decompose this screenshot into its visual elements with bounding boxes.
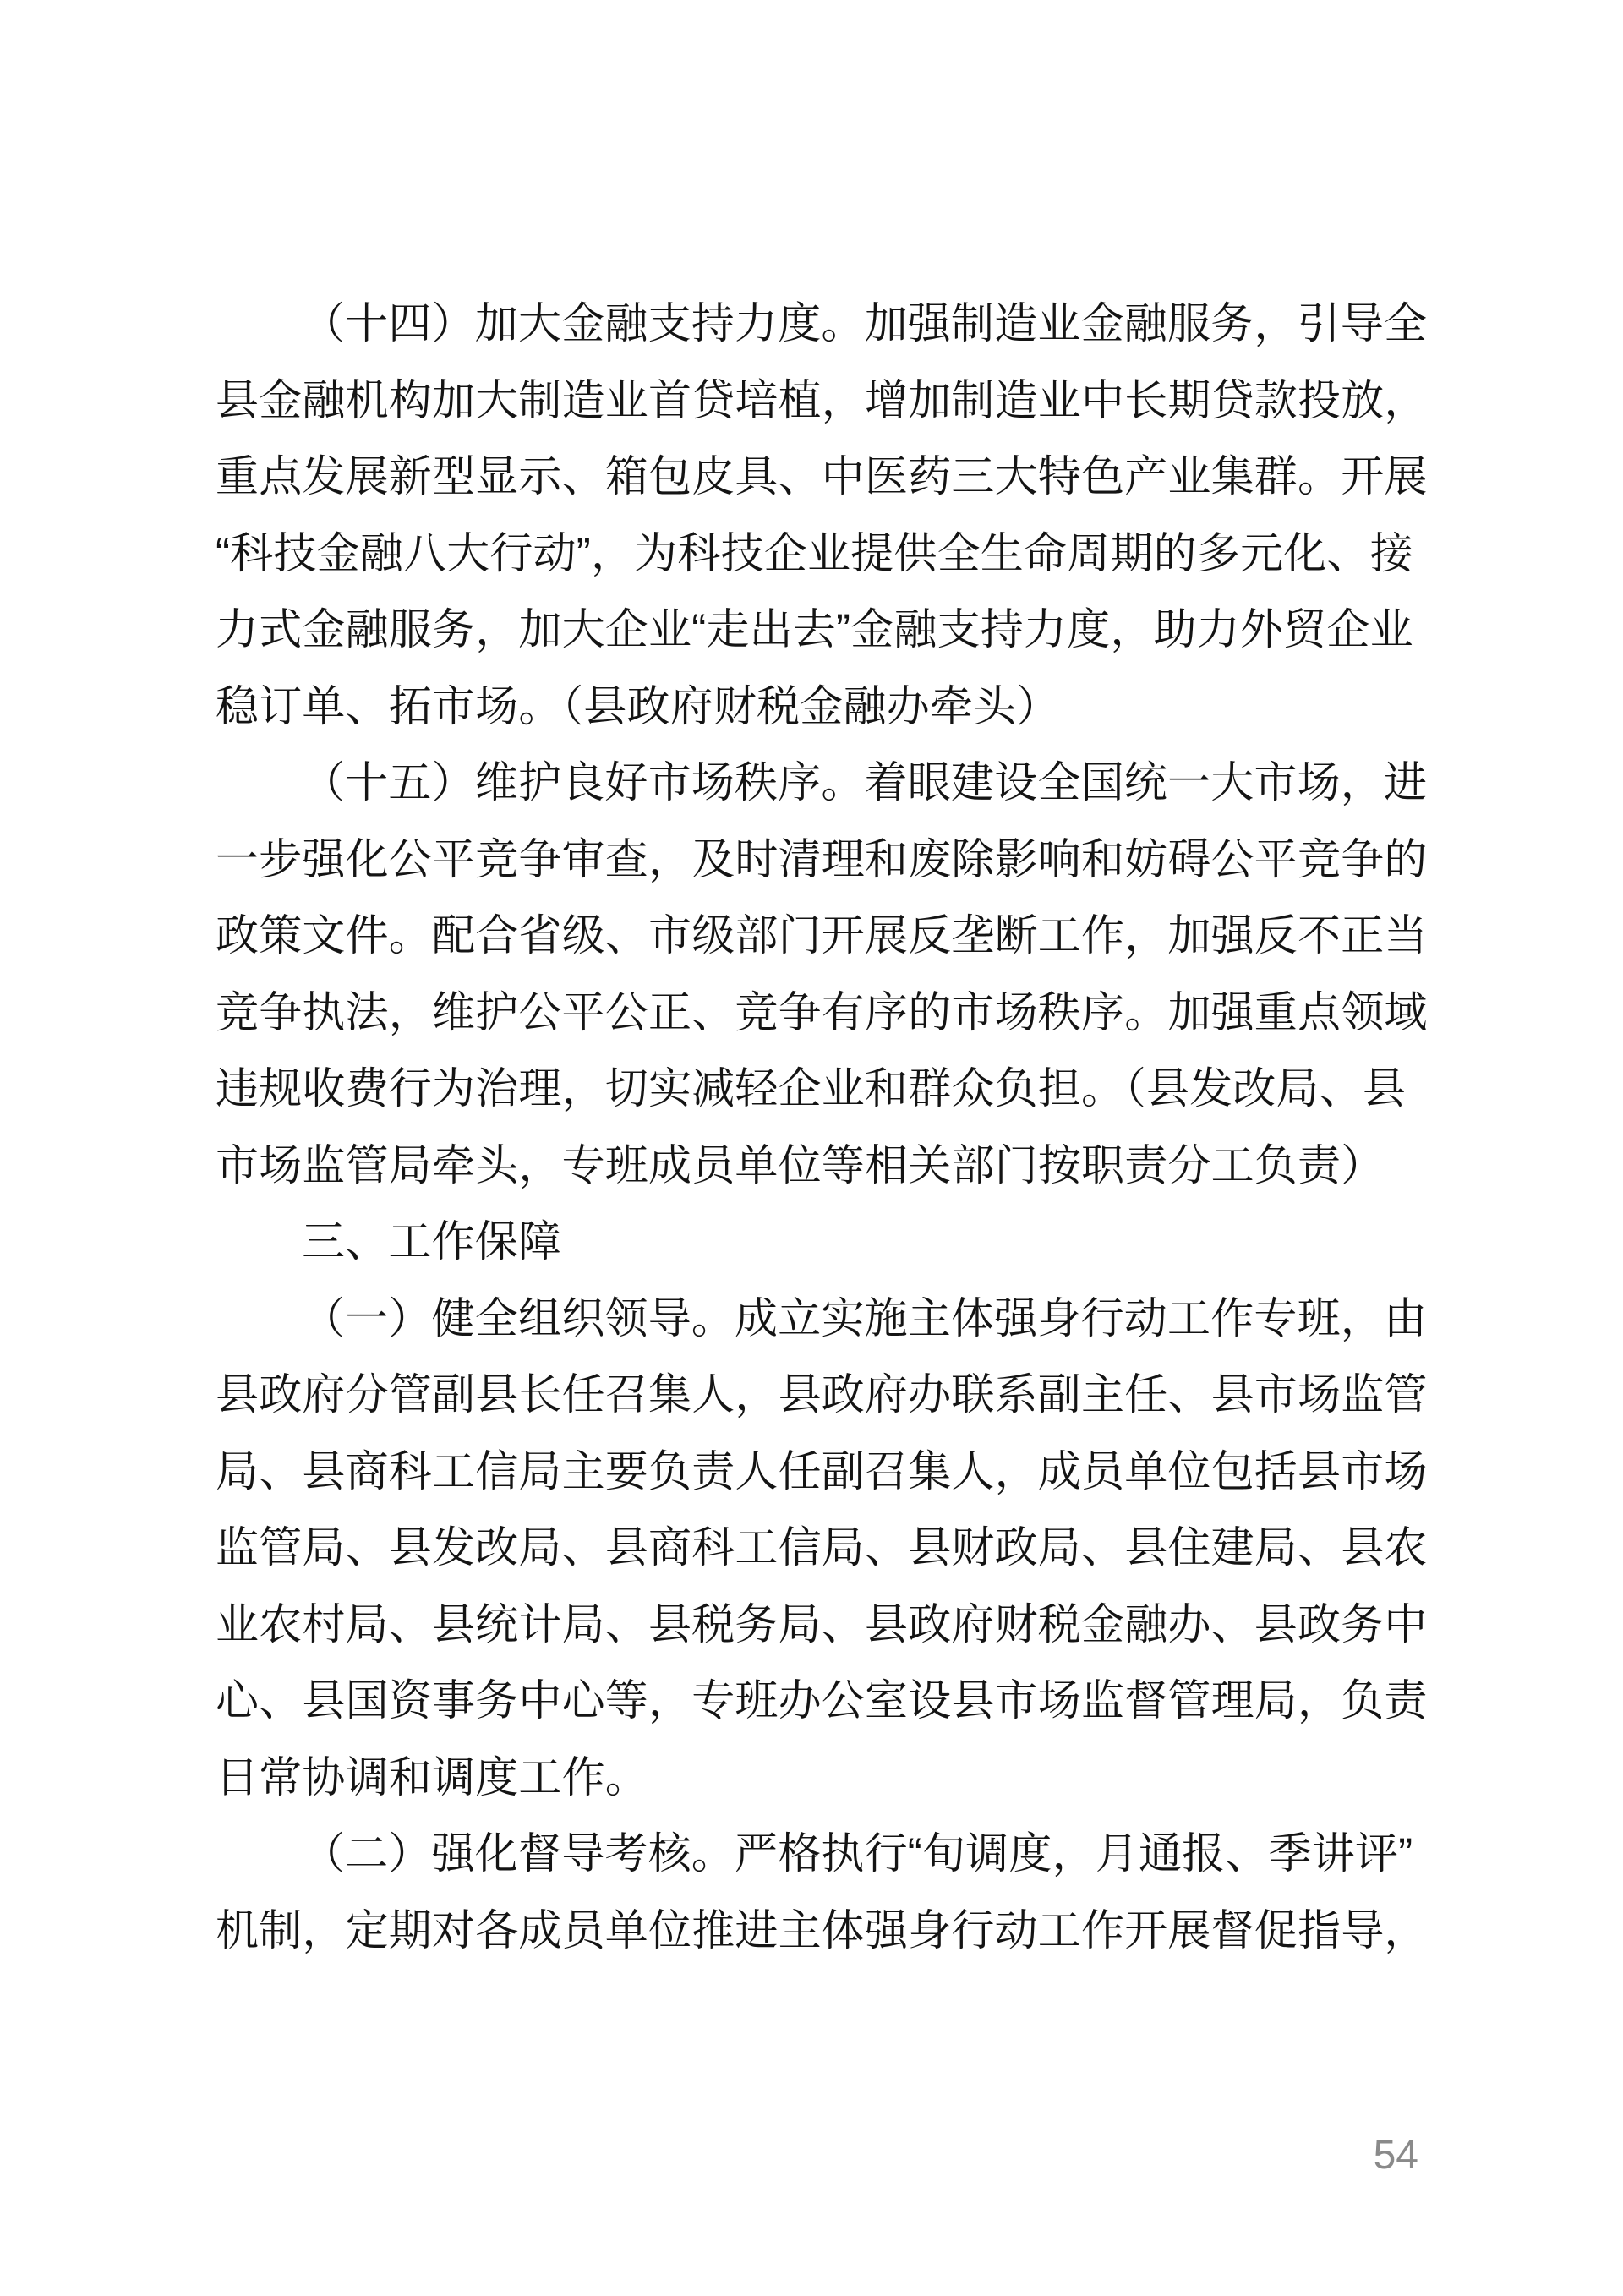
text-line: 心、县国资事务中心等，专班办公室设县市场监督管理局，负责 — [216, 1663, 1424, 1740]
text-line: 竞争执法，维护公平公正、竞争有序的市场秩序。加强重点领域 — [216, 975, 1424, 1052]
text-line: 政策文件。配合省级、市级部门开展反垄断工作，加强反不正当 — [216, 898, 1424, 975]
section-heading-work-guarantee: 三、工作保障 — [216, 1204, 1424, 1281]
text-line: （一）健全组织领导。成立实施主体强身行动工作专班，由 — [216, 1281, 1424, 1358]
text-line: 县政府分管副县长任召集人，县政府办联系副主任、县市场监管 — [216, 1357, 1424, 1434]
text-line: （十四）加大金融支持力度。加强制造业金融服务，引导全 — [216, 286, 1424, 363]
text-line: 机制，定期对各成员单位推进主体强身行动工作开展督促指导， — [216, 1893, 1424, 1970]
paragraph-1-organization-leadership: （一）健全组织领导。成立实施主体强身行动工作专班，由县政府分管副县长任召集人，县… — [216, 1281, 1424, 1817]
text-line: 监管局、县发改局、县商科工信局、县财政局、县住建局、县农 — [216, 1510, 1424, 1587]
text-line: （二）强化督导考核。严格执行“旬调度，月通报、季讲评” — [216, 1816, 1424, 1893]
text-line: 重点发展新型显示、箱包皮具、中医药三大特色产业集群。开展 — [216, 439, 1424, 516]
paragraph-2-supervision-assessment: （二）强化督导考核。严格执行“旬调度，月通报、季讲评”机制，定期对各成员单位推进… — [216, 1816, 1424, 1969]
paragraph-14-financial-support: （十四）加大金融支持力度。加强制造业金融服务，引导全县金融机构加大制造业首贷培植… — [216, 286, 1424, 745]
paragraph-15-market-order: （十五）维护良好市场秩序。着眼建设全国统一大市场，进一步强化公平竞争审查，及时清… — [216, 745, 1424, 1204]
document-body: （十四）加大金融支持力度。加强制造业金融服务，引导全县金融机构加大制造业首贷培植… — [216, 286, 1424, 1969]
text-line: 市场监管局牵头，专班成员单位等相关部门按职责分工负责） — [216, 1128, 1424, 1205]
text-line: 违规收费行为治理，切实减轻企业和群众负担。（县发改局、县 — [216, 1051, 1424, 1128]
document-page: （十四）加大金融支持力度。加强制造业金融服务，引导全县金融机构加大制造业首贷培植… — [0, 0, 1623, 2296]
text-line: 三、工作保障 — [216, 1204, 1424, 1281]
text-line: 稳订单、拓市场。（县政府财税金融办牵头） — [216, 669, 1424, 746]
page-number: 54 — [1374, 2135, 1418, 2176]
text-line: 一步强化公平竞争审查，及时清理和废除影响和妨碍公平竞争的 — [216, 822, 1424, 899]
text-line: 日常协调和调度工作。 — [216, 1740, 1424, 1817]
text-line: 局、县商科工信局主要负责人任副召集人，成员单位包括县市场 — [216, 1434, 1424, 1511]
text-line: （十五）维护良好市场秩序。着眼建设全国统一大市场，进 — [216, 745, 1424, 822]
text-line: 业农村局、县统计局、县税务局、县政府财税金融办、县政务中 — [216, 1587, 1424, 1664]
text-line: 力式金融服务，加大企业“走出去”金融支持力度，助力外贸企业 — [216, 592, 1424, 669]
text-line: “科技金融八大行动”，为科技企业提供全生命周期的多元化、接 — [216, 516, 1424, 593]
text-line: 县金融机构加大制造业首贷培植，增加制造业中长期贷款投放， — [216, 363, 1424, 440]
